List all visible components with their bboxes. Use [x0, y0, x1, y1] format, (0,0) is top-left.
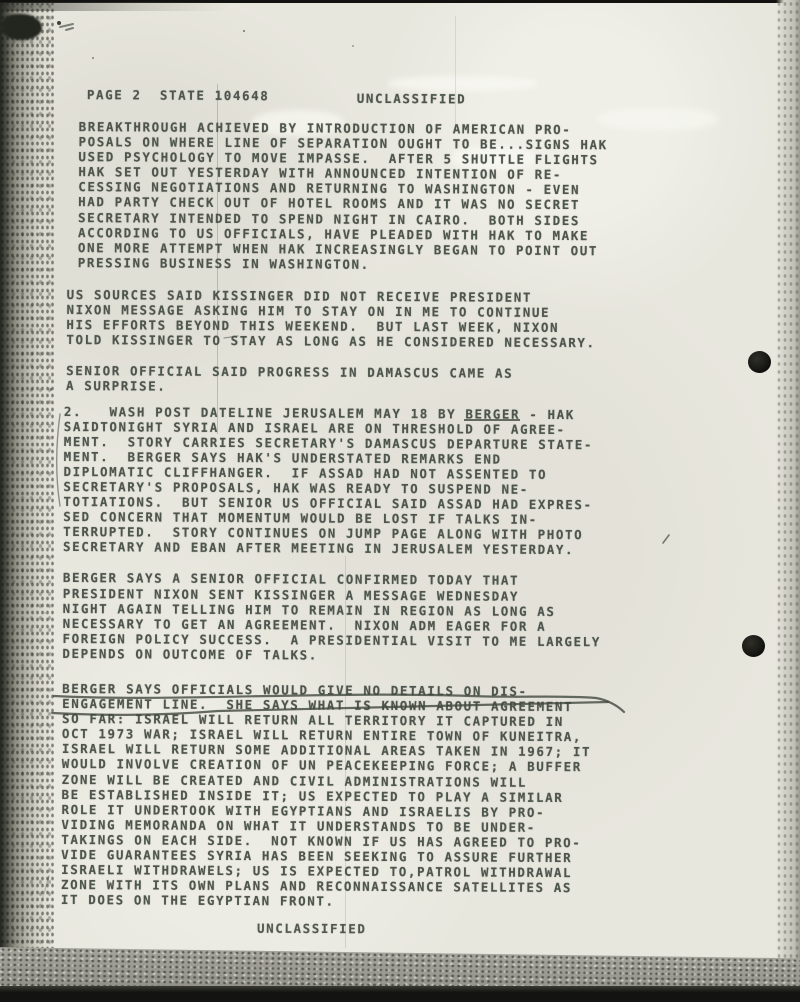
- paragraph-disengagement-details: BERGER SAYS OFFICIALS WOULD GIVE NO DETA…: [61, 681, 662, 911]
- dust-speck: [92, 57, 94, 59]
- scan-edge-top-smudge: [0, 2, 230, 11]
- hole-punch-icon: [742, 635, 765, 657]
- pencil-scribble-top: [60, 24, 73, 30]
- dust-speck: [352, 45, 354, 47]
- page-number-and-cable-id: PAGE 2 STATE 104648: [87, 87, 270, 103]
- dust-speck: [57, 21, 61, 25]
- scan-corner-blob: [2, 14, 42, 40]
- scanned-cable-page: PAGE 2 STATE 104648 UNCLASSIFIED BREAKTH…: [0, 0, 800, 1002]
- paragraph-wash-post-item-2: 2. WASH POST DATELINE JERUSALEM MAY 18 B…: [63, 404, 664, 559]
- typed-underline-berger: [464, 419, 520, 421]
- hole-punch-icon: [748, 351, 771, 373]
- scan-edge-left: [0, 0, 54, 952]
- classification-header: UNCLASSIFIED: [357, 91, 467, 107]
- paragraph-breakthrough: BREAKTHROUGH ACHIEVED BY INTRODUCTION OF…: [78, 119, 666, 274]
- dust-speck: [243, 30, 245, 32]
- pen-check-mark: [663, 535, 669, 543]
- document-text-block: PAGE 2 STATE 104648 UNCLASSIFIED BREAKTH…: [61, 87, 666, 911]
- paragraph-senior-official: SENIOR OFFICIAL SAID PROGRESS IN DAMASCU…: [66, 363, 664, 397]
- page-header: PAGE 2 STATE 104648 UNCLASSIFIED: [66, 87, 666, 106]
- paragraph-berger-nixon-message: BERGER SAYS A SENIOR OFFICIAL CONFIRMED …: [62, 570, 663, 664]
- paragraph-us-sources: US SOURCES SAID KISSINGER DID NOT RECEIV…: [66, 287, 664, 351]
- classification-footer: UNCLASSIFIED: [257, 921, 367, 937]
- scan-edge-right: [776, 0, 800, 1002]
- scan-edge-bottom: [0, 986, 800, 1002]
- pen-margin-mark: [57, 414, 60, 506]
